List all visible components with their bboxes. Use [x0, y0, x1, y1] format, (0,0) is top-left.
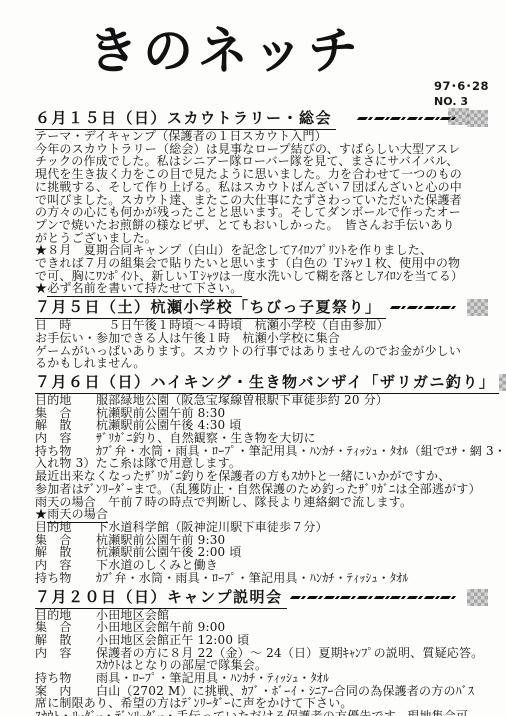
- header: きのネッチ 97･6･28 NO. 3: [0, 0, 506, 104]
- section-heading: ７月２０日（日）キャンプ説明会: [35, 586, 287, 609]
- text-line: 内 容 ｻﾞﾘｶﾞﾆ釣り、自然観察・生き物を大切に: [35, 432, 490, 445]
- section-heading: ７月５日（土）杭瀬小学校「ちびっ子夏祭り」: [35, 296, 386, 319]
- section-heading: ６月１５日（日）スカウトラリー・総会: [35, 107, 336, 130]
- dash-mark: [323, 596, 334, 599]
- dash-mark: [373, 596, 384, 599]
- dash-mark: [307, 596, 318, 599]
- section-heading-row: ７月２０日（日）キャンプ説明会: [35, 588, 490, 607]
- issue-number: NO. 3: [434, 95, 494, 108]
- dash-line: [291, 596, 458, 599]
- event-section: ７月５日（土）杭瀬小学校「ちびっ子夏祭り」日 時 ５日午後１時頃～４時頃 杭瀬小…: [35, 298, 490, 370]
- dash-mark: [424, 306, 435, 309]
- dash-dot: [451, 306, 456, 309]
- text-line: に挑戦する、そして作り上げる。私はスカウトばんざい７団ばんざいと心の中: [35, 181, 490, 194]
- dash-dot: [351, 596, 356, 599]
- issue-date: 97･6･28: [434, 78, 494, 94]
- text-line: ｽｶｳﾄ・ﾘｰﾀﾞｰ・ﾃﾞﾝﾘｰﾀﾞｰ・手伝っていただける保護者の方優先です。現…: [35, 710, 490, 716]
- dash-dot: [418, 596, 423, 599]
- dash-mark: [407, 117, 418, 120]
- redacted-name: [467, 589, 488, 606]
- dash-dot: [368, 117, 373, 120]
- heading-decoration: [358, 110, 488, 127]
- dash-line: [358, 117, 458, 120]
- underlined-text: 必ず名前を書いて持たせて下さい。: [47, 281, 242, 297]
- dash-mark: [390, 596, 401, 599]
- text-line: テーマ・デイキャンプ（保護者の１日スカウト入門）: [35, 130, 490, 143]
- dash-line: [391, 306, 458, 309]
- dash-mark: [357, 596, 368, 599]
- dash-mark: [424, 117, 435, 120]
- text-line: 最近出来なくなったｻﾞﾘｶﾞﾆ釣りを保護者の方もｽｶｳﾄと一緒にいかがですか、: [35, 470, 490, 483]
- dash-dot: [401, 596, 406, 599]
- heading-decoration: [391, 299, 488, 316]
- dash-dot: [451, 596, 456, 599]
- dash-mark: [357, 117, 368, 120]
- text-line: 目的地 下水道科学館（阪神淀川駅下車徒歩７分）: [35, 521, 490, 534]
- dash-mark: [424, 596, 435, 599]
- text-line: 内 容 下水道のしくみと働き: [35, 559, 490, 572]
- section-heading: ７月６日（日）ハイキング・生き物バンザイ「ザリガニ釣り」: [35, 371, 499, 394]
- dash-mark: [290, 596, 301, 599]
- text-line: プンで焼いたお煎餅の様なピザ、とてもおいしかった。 皆さんお手伝いあり: [35, 219, 490, 232]
- text-line: 目的地 服部緑地公園（阪急宝塚線曽根駅下車徒歩約 20 分）: [35, 394, 490, 407]
- text-line: 持ち物 ｶﾌﾞ弁・水筒・雨具・ﾛｰﾌﾟ・筆記用具・ﾊﾝｶﾁ・ﾃｨｯｼｭ・ﾀｵﾙ: [35, 572, 490, 585]
- text-line: ★必ず名前を書いて持たせて下さい。: [35, 282, 490, 295]
- dash-dot: [368, 596, 373, 599]
- section-heading-row: ６月１５日（日）スカウトラリー・総会: [35, 109, 490, 128]
- text-line: お手伝い・参加できる人は午後１時 杭瀬小学校に集合: [35, 332, 490, 345]
- text-line: 集 合 小田地区会館午前 9:00: [35, 621, 490, 634]
- text-line: 解 散 小田地区会館正午 12:00 頃: [35, 634, 490, 647]
- event-section: ７月２０日（日）キャンプ説明会目的地 小田地区会館集 合 小田地区会館午前 9:…: [35, 588, 490, 716]
- section-heading-row: ７月６日（日）ハイキング・生き物バンザイ「ザリガニ釣り」: [35, 373, 490, 392]
- text-line: できれば７月の組集会で貼りたいと思います（白色の Ｔｼｬﾂ１枚、使用中の物: [35, 257, 490, 270]
- redacted-name: [467, 110, 488, 127]
- text-line: 日 時 ５日午後１時頃～４時頃 杭瀬小学校（自由参加）: [35, 319, 490, 332]
- text-line: 現代を生き抜く力をこの目で見たように思いました。力を合わせて一つのもの: [35, 168, 490, 181]
- dash-dot: [301, 596, 306, 599]
- redacted-name: [467, 299, 488, 316]
- dash-mark: [340, 596, 351, 599]
- text-line: るかもしれません。: [35, 357, 490, 370]
- heading-decoration: [291, 589, 488, 606]
- newsletter-page: きのネッチ 97･6･28 NO. 3 ６月１５日（日）スカウトラリー・総会テー…: [0, 0, 506, 716]
- redacted-name: [499, 374, 506, 391]
- heading-decoration: [499, 374, 506, 391]
- dash-dot: [318, 596, 323, 599]
- dash-mark: [373, 117, 384, 120]
- text-line: 参加者はﾃﾞﾝﾘｰﾀﾞｰまで。（乱獲防止・自然保護のため釣ったｻﾞﾘｶﾞﾆは全部…: [35, 483, 490, 496]
- newsletter-title: きのネッチ: [88, 26, 363, 76]
- text-line: 持ち物 雨具・ﾛｰﾌﾟ・筆記用具・ﾊﾝｶﾁ・ﾃｨｯｼｭ・ﾀｵﾙ: [35, 672, 490, 685]
- event-section: ６月１５日（日）スカウトラリー・総会テーマ・デイキャンプ（保護者の１日スカウト入…: [35, 109, 490, 295]
- section-heading-row: ７月５日（土）杭瀬小学校「ちびっ子夏祭り」: [35, 298, 490, 317]
- dash-mark: [440, 596, 451, 599]
- dash-mark: [407, 596, 418, 599]
- event-section: ７月６日（日）ハイキング・生き物バンザイ「ザリガニ釣り」目的地 服部緑地公園（阪…: [35, 373, 490, 585]
- sections: ６月１５日（日）スカウトラリー・総会テーマ・デイキャンプ（保護者の１日スカウト入…: [0, 104, 506, 716]
